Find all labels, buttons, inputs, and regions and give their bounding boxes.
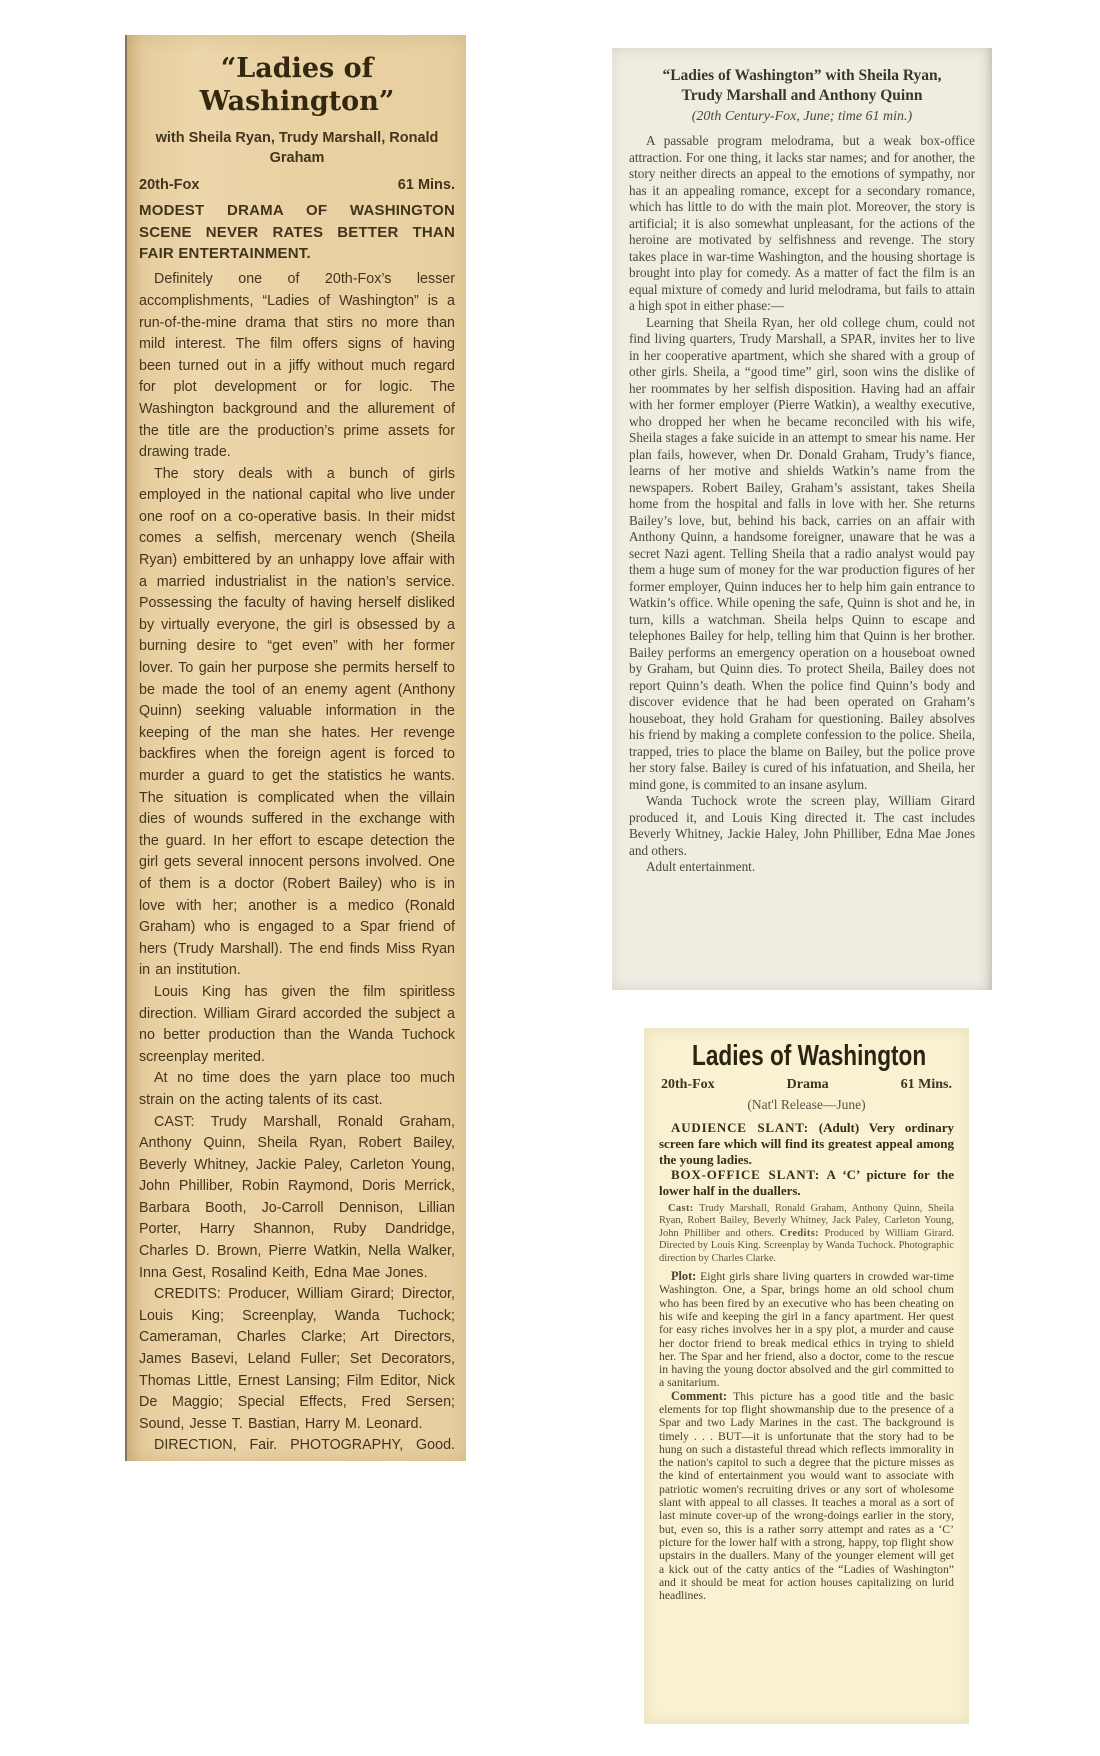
audience-slant: AUDIENCE SLANT: (Adult) Very ordinary sc…: [659, 1120, 954, 1167]
synopsis-paragraph: Learning that Sheila Ryan, her old colle…: [629, 315, 975, 794]
clipping-left-review: “Ladies of Washington” with Sheila Ryan,…: [125, 35, 466, 1461]
runtime-label: 61 Mins.: [901, 1077, 952, 1093]
review-paragraph: Louis King has given the film spiritless…: [139, 982, 455, 1068]
release-info: (20th Century-Fox, June; time 61 min.): [629, 109, 975, 125]
review-paragraph: The story deals with a bunch of girls em…: [139, 464, 455, 982]
review-heading-line2: Trudy Marshall and Anthony Quinn: [629, 86, 975, 106]
genre-label: Drama: [787, 1077, 829, 1093]
cast-credits: Cast: Trudy Marshall, Ronald Graham, Ant…: [659, 1203, 954, 1265]
plot-text: Eight girls share living quarters in cro…: [659, 1270, 954, 1389]
direction-rating: DIRECTION, Fair. PHOTOGRAPHY, Good.: [139, 1435, 455, 1457]
studio-runtime-row: 20th-Fox 61 Mins.: [139, 177, 455, 193]
plot-label: Plot:: [671, 1269, 696, 1283]
comment-paragraph: Comment: This picture has a good title a…: [659, 1390, 954, 1603]
review-paragraph: A passable program melodrama, but a weak…: [629, 133, 975, 315]
credits-label: Credits:: [780, 1228, 819, 1239]
cast-paragraph: CAST: Trudy Marshall, Ronald Graham, Ant…: [139, 1112, 455, 1285]
boxoffice-slant-label: BOX-OFFICE SLANT:: [671, 1167, 820, 1182]
scanned-page: “Ladies of Washington” with Sheila Ryan,…: [0, 0, 1100, 1756]
runtime-label: 61 Mins.: [398, 177, 455, 193]
review-title-wrap: Ladies of Washington: [659, 1042, 954, 1071]
clipping-bottom-right-review: Ladies of Washington 20th-Fox Drama 61 M…: [644, 1028, 969, 1724]
review-title: “Ladies of Washington”: [145, 53, 449, 119]
review-lead: MODEST DRAMA OF WASHINGTON SCENE NEVER R…: [139, 200, 455, 264]
plot-paragraph: Plot: Eight girls share living quarters …: [659, 1270, 954, 1390]
studio-label: 20th-Fox: [661, 1077, 715, 1093]
credits-paragraph: CREDITS: Producer, William Girard; Direc…: [139, 1284, 455, 1435]
cast-label: Cast:: [668, 1203, 694, 1214]
credits-paragraph: Wanda Tuchock wrote the screen play, Wil…: [629, 793, 975, 859]
adult-entertainment-note: Adult entertainment.: [629, 859, 975, 876]
comment-label: Comment:: [671, 1389, 727, 1403]
review-paragraph: Definitely one of 20th-Fox’s lesser acco…: [139, 269, 455, 463]
studio-genre-runtime-row: 20th-Fox Drama 61 Mins.: [661, 1077, 952, 1093]
boxoffice-slant: BOX-OFFICE SLANT: A ‘C’ picture for the …: [659, 1167, 954, 1199]
audience-slant-label: AUDIENCE SLANT:: [671, 1120, 809, 1135]
release-info: (Nat'l Release—June): [659, 1097, 954, 1113]
clipping-top-right-review: “Ladies of Washington” with Sheila Ryan,…: [612, 48, 992, 990]
review-byline: with Sheila Ryan, Trudy Marshall, Ronald…: [149, 128, 445, 169]
review-paragraph: At no time does the yarn place too much …: [139, 1068, 455, 1111]
comment-text: This picture has a good title and the ba…: [659, 1390, 954, 1602]
review-title: Ladies of Washington: [692, 1042, 926, 1071]
review-heading-line1: “Ladies of Washington” with Sheila Ryan,: [629, 66, 975, 86]
studio-label: 20th-Fox: [139, 177, 199, 193]
